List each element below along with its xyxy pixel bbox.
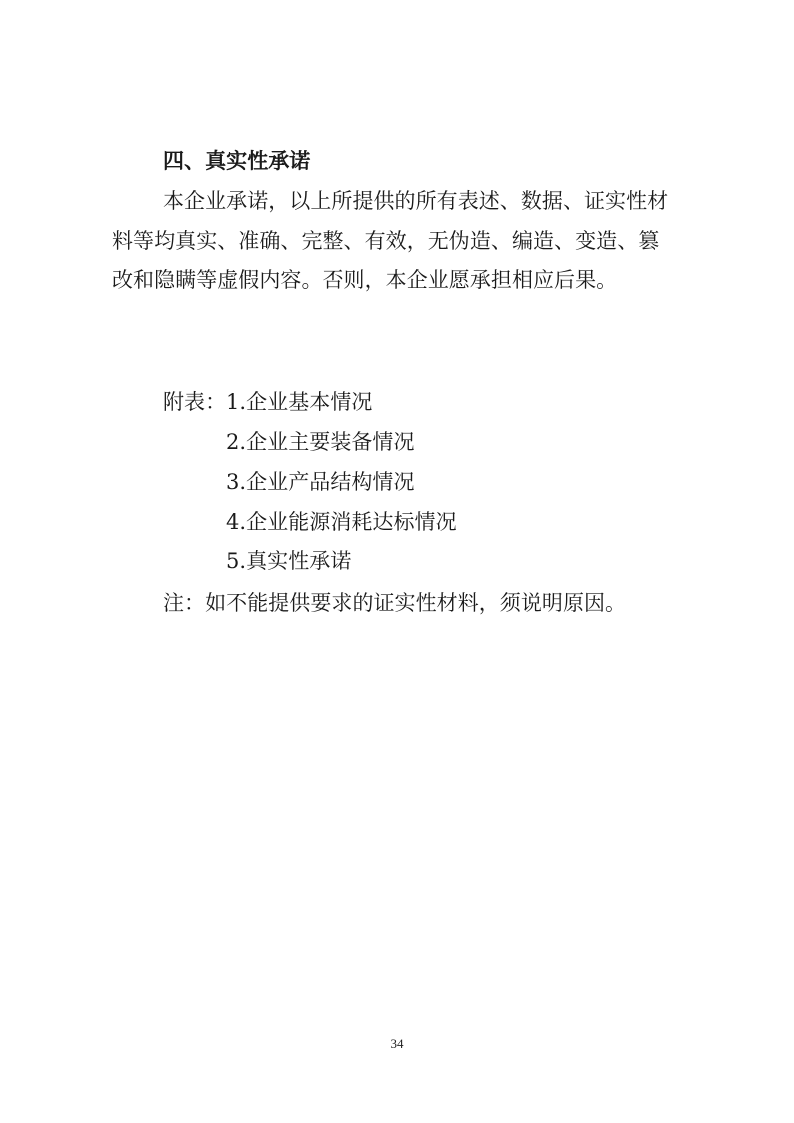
paragraph-line-3: 改和隐瞒等虚假内容。否则，本企业愿承担相应后果。 — [112, 267, 682, 293]
attachment-item-4: 4.企业能源消耗达标情况 — [226, 509, 457, 535]
document-page: 四、真实性承诺 本企业承诺，以上所提供的所有表述、数据、证实性材 料等均真实、准… — [0, 0, 794, 1123]
attachments-label: 附表： — [163, 389, 226, 415]
note-text: 注：如不能提供要求的证实性材料，须说明原因。 — [163, 590, 626, 616]
attachment-item-5: 5.真实性承诺 — [226, 548, 351, 574]
attachment-item-3: 3.企业产品结构情况 — [226, 469, 415, 495]
attachment-item-1: 1.企业基本情况 — [226, 389, 372, 415]
attachment-item-2: 2.企业主要装备情况 — [226, 429, 415, 455]
section-heading: 四、真实性承诺 — [163, 148, 310, 174]
paragraph-line-1: 本企业承诺，以上所提供的所有表述、数据、证实性材 — [163, 188, 668, 214]
paragraph-line-2: 料等均真实、准确、完整、有效，无伪造、编造、变造、篡 — [112, 228, 682, 254]
page-number: 34 — [0, 1036, 794, 1052]
